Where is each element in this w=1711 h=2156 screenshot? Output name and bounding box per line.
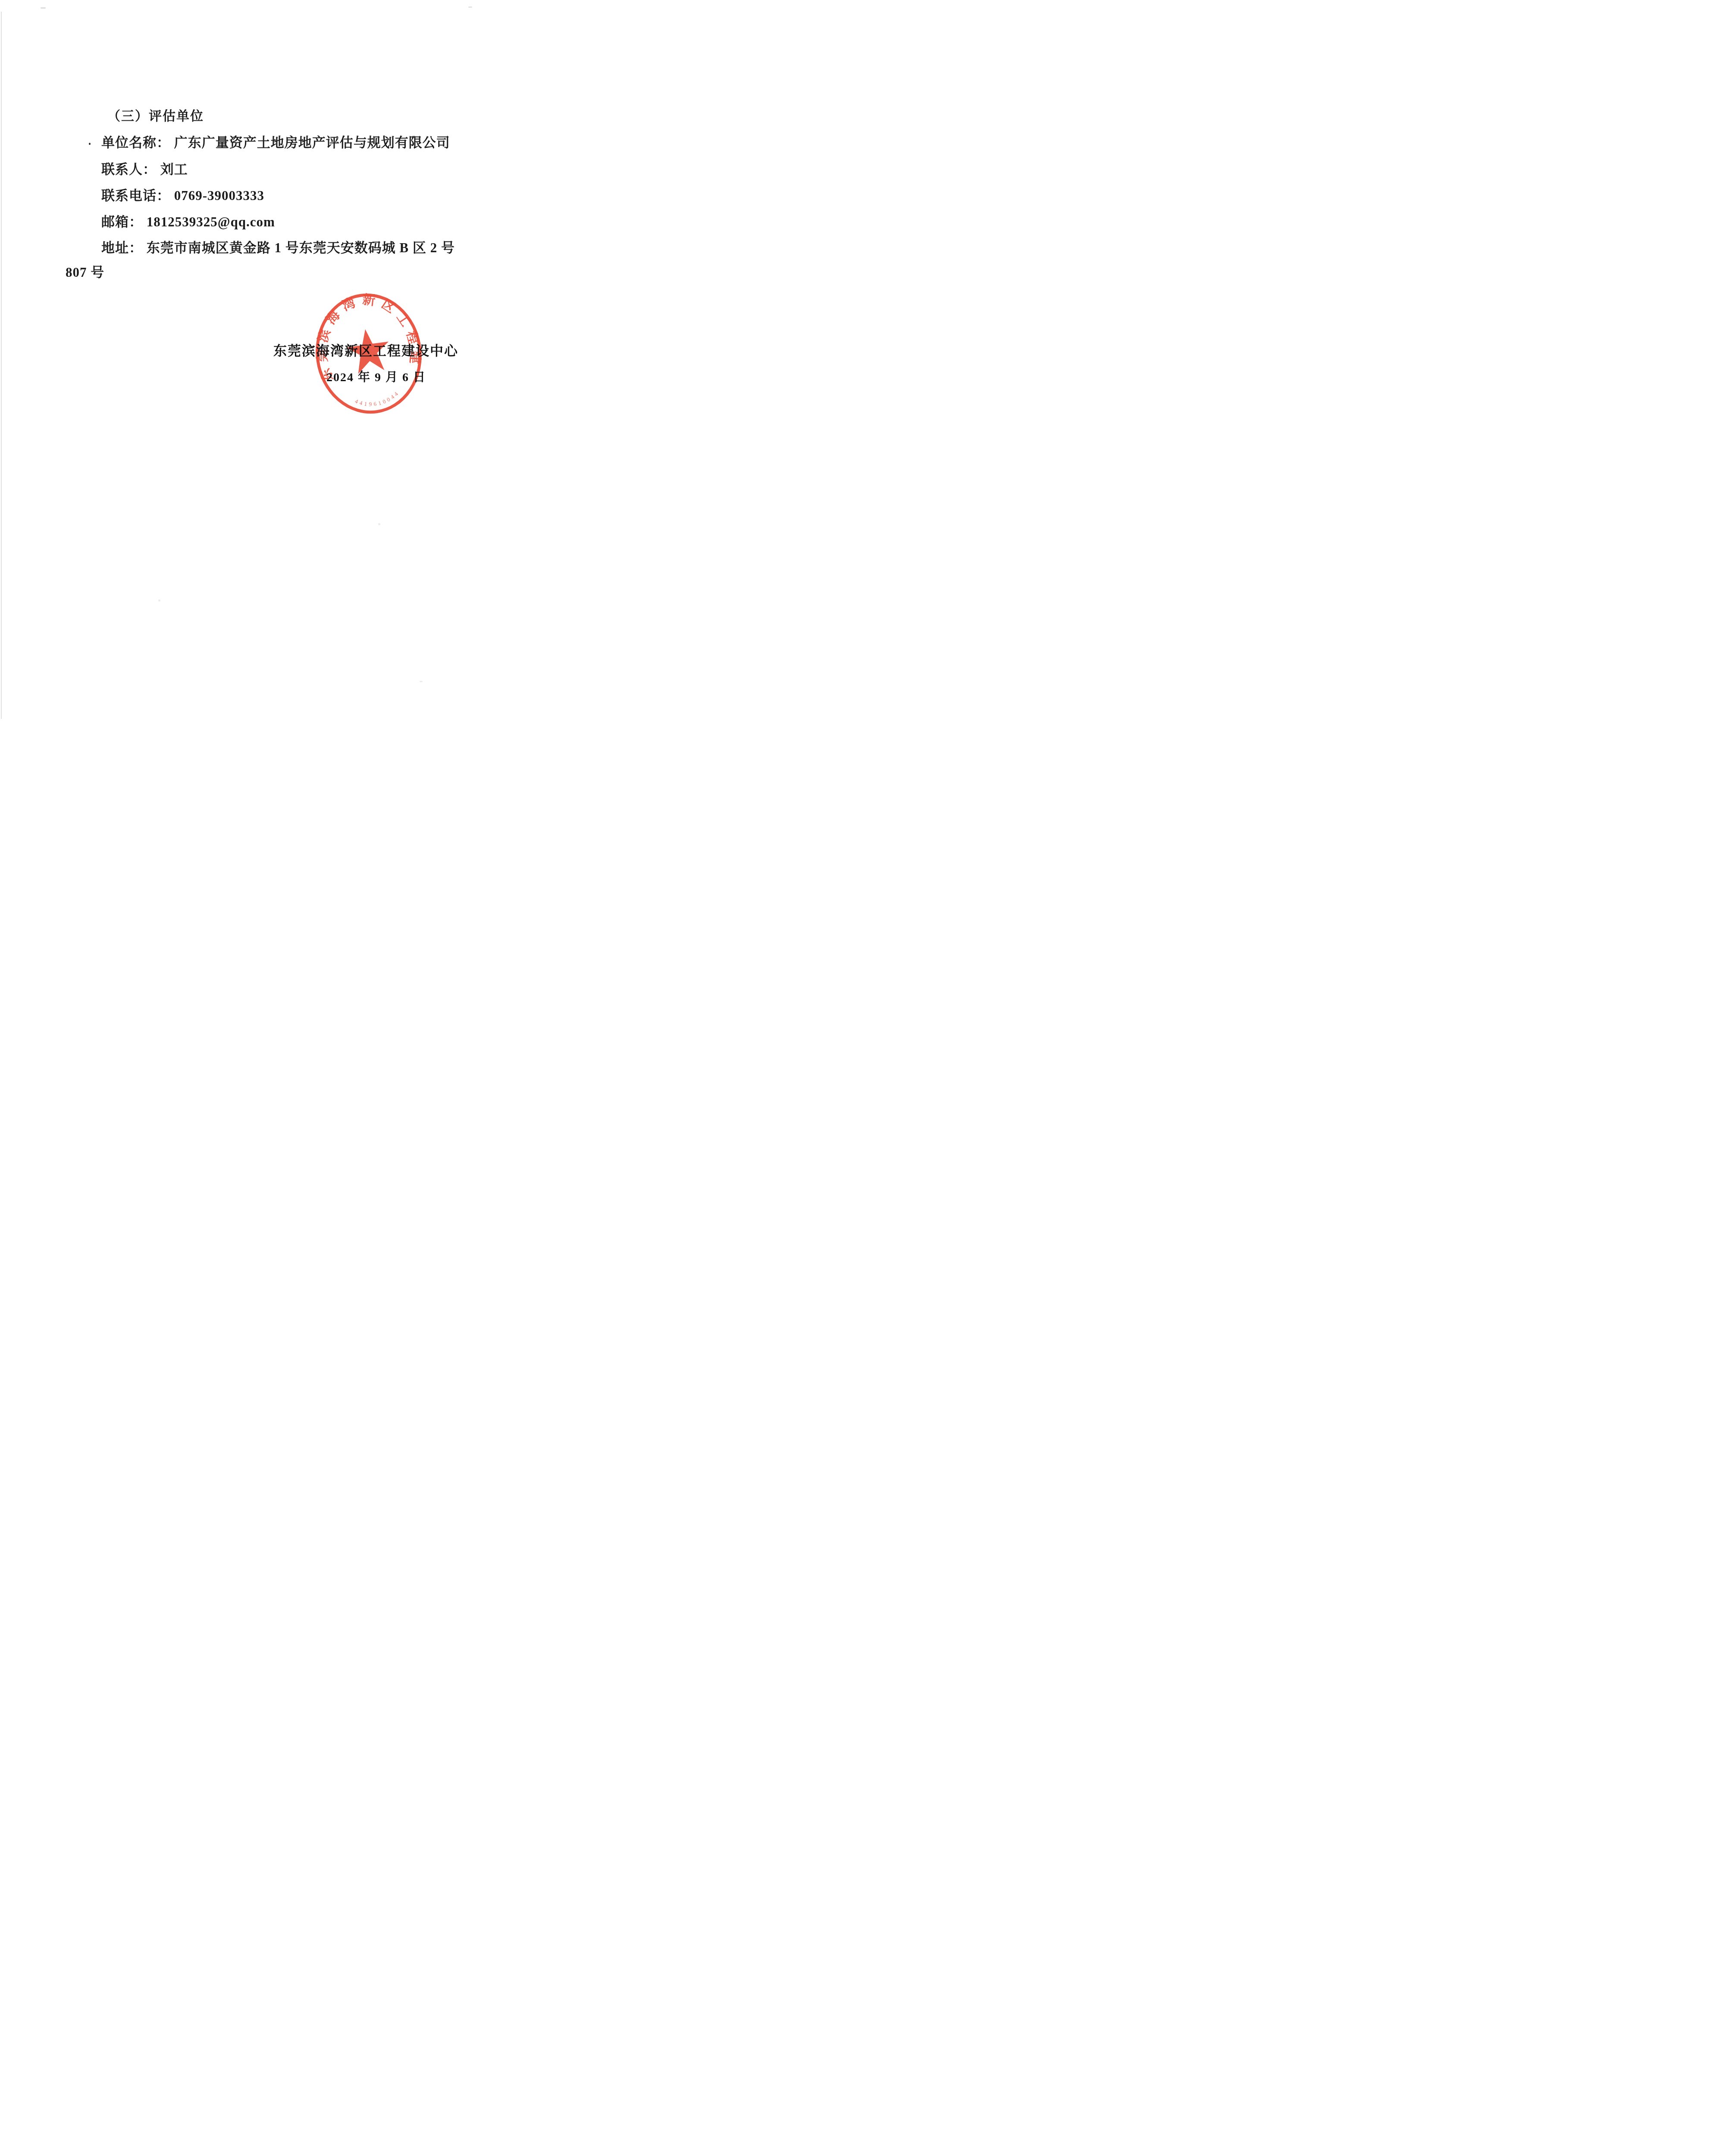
field-phone: 联系电话： 0769-39003333 — [101, 185, 264, 204]
scan-speck — [378, 523, 380, 525]
scan-speck — [41, 7, 46, 9]
field-contact: 联系人： 刘工 — [101, 158, 188, 178]
signature-date: 2024 年 9 月 6 日 — [326, 368, 426, 385]
scan-speck — [158, 599, 160, 602]
field-email: 邮箱： 1812539325@qq.com — [101, 211, 275, 230]
scan-artifact-dot — [89, 143, 91, 145]
scan-speck — [468, 6, 472, 8]
field-address-continued: 807 号 — [66, 261, 104, 281]
document-page: （三）评估单位 单位名称： 广东广量资产土地房地产评估与规划有限公司 联系人： … — [0, 0, 513, 726]
field-unit-name: 单位名称： 广东广量资产土地房地产评估与规划有限公司 — [101, 132, 450, 151]
section-heading: （三）评估单位 — [107, 105, 204, 124]
scan-speck — [420, 681, 423, 682]
field-address: 地址： 东莞市南城区黄金路 1 号东莞天安数码城 B 区 2 号 — [101, 237, 455, 256]
signature-org: 东莞滨海湾新区工程建设中心 — [273, 340, 458, 359]
scan-edge-line — [1, 12, 2, 719]
